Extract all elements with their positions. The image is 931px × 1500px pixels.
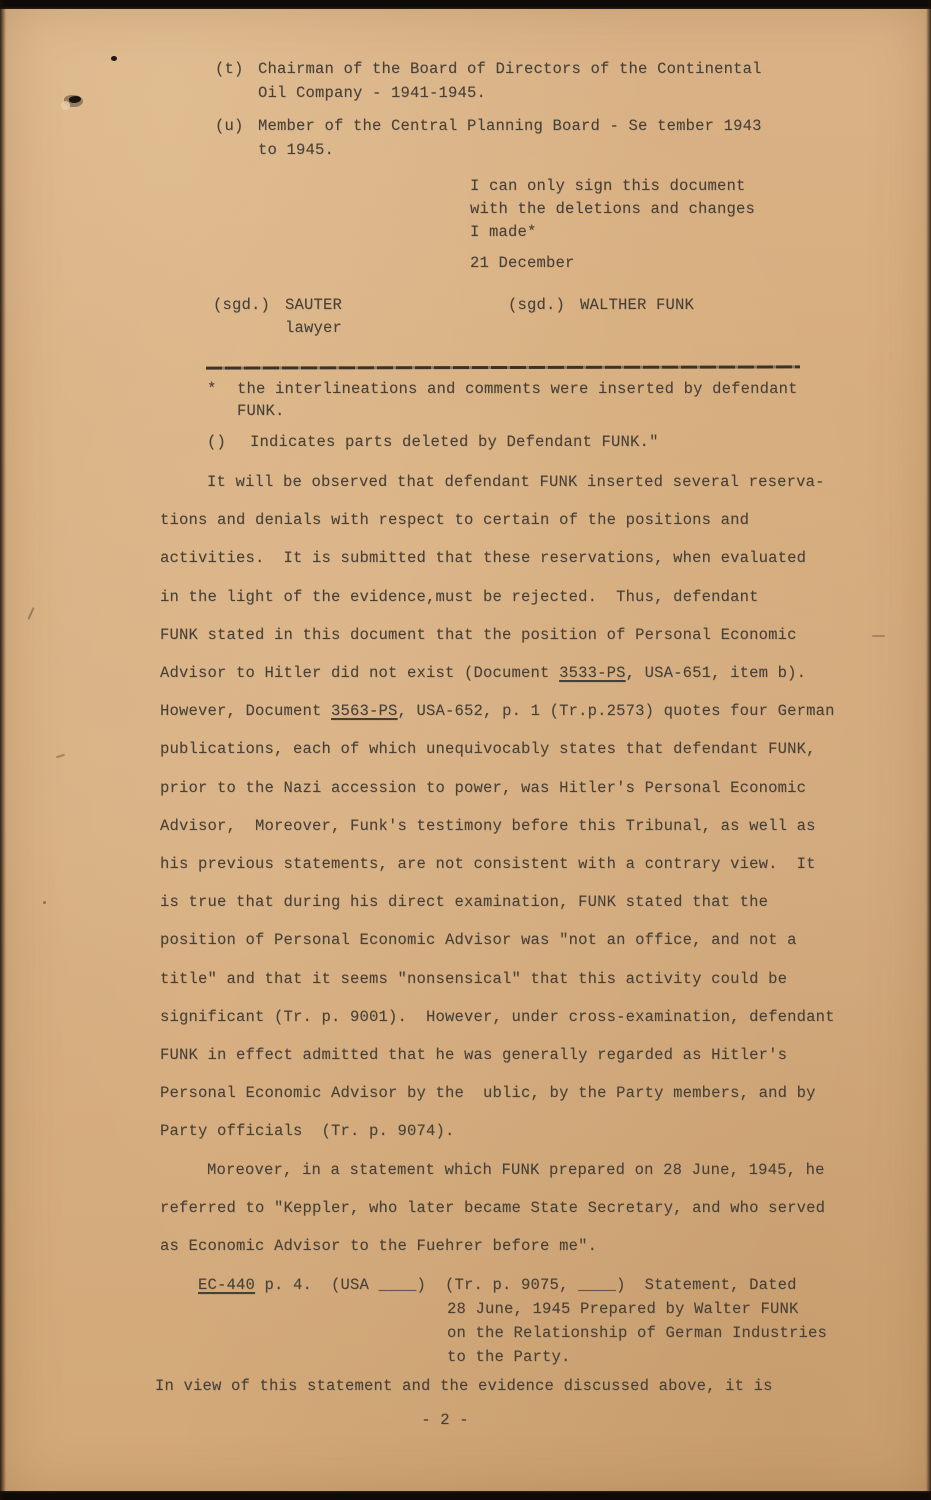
text-line: prior to the Nazi accession to power, wa… xyxy=(160,769,870,807)
text-segment: , USA-652, p. 1 (Tr.p.2573) quotes four … xyxy=(398,702,835,720)
date-line: 21 December xyxy=(470,254,575,272)
text-segment: with the deletions and changes xyxy=(470,200,755,218)
text-segment: referred to "Keppler, who later became S… xyxy=(160,1199,825,1217)
text-segment: FUNK in effect admitted that he was gene… xyxy=(160,1046,787,1064)
text-segment: prior to the Nazi accession to power, wa… xyxy=(160,779,806,797)
text-line: in the light of the evidence,must be rej… xyxy=(160,578,870,616)
paper-fiber-mark xyxy=(56,754,65,759)
text-segment: to the Party. xyxy=(447,1348,571,1366)
underlined-text: 3533-PS xyxy=(559,664,626,682)
text-segment: Party officials (Tr. p. 9074). xyxy=(160,1122,455,1140)
page-number: - 2 - xyxy=(205,1411,685,1429)
text-segment: on the Relationship of German Industries xyxy=(447,1324,827,1342)
text-segment: I can only sign this document xyxy=(470,177,746,195)
ink-blob-hole xyxy=(61,101,70,110)
signature-name-left: SAUTER xyxy=(285,296,342,314)
text-segment: Advisor, Moreover, Funk's testimony befo… xyxy=(160,817,816,835)
text-line: FUNK in effect admitted that he was gene… xyxy=(160,1036,870,1074)
text-segment: Oil Company - 1941-1945. xyxy=(258,84,486,102)
text-line: Chairman of the Board of Directors of th… xyxy=(258,57,762,81)
text-line: Oil Company - 1941-1945. xyxy=(258,81,762,105)
text-segment: as Economic Advisor to the Fuehrer befor… xyxy=(160,1237,597,1255)
text-segment: FUNK. xyxy=(237,402,285,420)
text-line: the interlineations and comments were in… xyxy=(237,378,798,400)
citation-block: EC-440 p. 4. (USA ____) (Tr. p. 9075, __… xyxy=(198,1273,827,1369)
page-edge-left xyxy=(0,0,6,1500)
text-line: as Economic Advisor to the Fuehrer befor… xyxy=(160,1227,870,1265)
text-line: title" and that it seems "nonsensical" t… xyxy=(160,960,870,998)
footnote-marker: () xyxy=(207,431,250,453)
list-item-text: Member of the Central Planning Board - S… xyxy=(258,114,762,162)
text-line: tions and denials with respect to certai… xyxy=(160,501,870,539)
text-segment: tions and denials with respect to certai… xyxy=(160,511,749,529)
film-border-top xyxy=(0,0,931,9)
text-segment: activities. It is submitted that these r… xyxy=(160,549,806,567)
text-segment: Chairman of the Board of Directors of th… xyxy=(258,60,762,78)
text-line: to the Party. xyxy=(198,1345,827,1369)
text-line: However, Document 3563-PS, USA-652, p. 1… xyxy=(160,692,870,730)
underlined-text: 3563-PS xyxy=(331,702,398,720)
text-line: I made* xyxy=(470,221,755,244)
list-marker: (t) xyxy=(215,57,258,105)
text-line: FUNK stated in this document that the po… xyxy=(160,616,870,654)
signed-label-left: (sgd.) xyxy=(213,296,270,314)
text-line: Party officials (Tr. p. 9074). xyxy=(160,1112,870,1150)
text-line: FUNK. xyxy=(237,400,798,422)
text-line: Personal Economic Advisor by the ublic, … xyxy=(160,1074,870,1112)
text-line: Moreover, in a statement which FUNK prep… xyxy=(160,1151,870,1189)
citation-first-line: EC-440 p. 4. (USA ____) (Tr. p. 9075, __… xyxy=(198,1273,827,1297)
film-border-bottom xyxy=(0,1491,931,1500)
footnote-text: the interlineations and comments were in… xyxy=(237,378,798,422)
text-segment: significant (Tr. p. 9001). However, unde… xyxy=(160,1008,835,1026)
text-line: Member of the Central Planning Board - S… xyxy=(258,114,762,138)
signature-title-left: lawyer xyxy=(285,319,342,337)
list-item-text: Chairman of the Board of Directors of th… xyxy=(258,57,762,105)
list-item-u: (u) Member of the Central Planning Board… xyxy=(215,114,762,162)
text-line: It will be observed that defendant FUNK … xyxy=(160,463,870,501)
text-segment: I made* xyxy=(470,223,537,241)
text-line: I can only sign this document xyxy=(470,175,755,198)
text-line: significant (Tr. p. 9001). However, unde… xyxy=(160,998,870,1036)
text-segment: , USA-651, item b). xyxy=(626,664,807,682)
text-line: 28 June, 1945 Prepared by Walter FUNK xyxy=(198,1297,827,1321)
text-line: on the Relationship of German Industries xyxy=(198,1321,827,1345)
text-line: referred to "Keppler, who later became S… xyxy=(160,1189,870,1227)
text-segment: p. 4. (USA ____) (Tr. p. 9075, ____) Sta… xyxy=(255,1276,797,1294)
text-segment: FUNK stated in this document that the po… xyxy=(160,626,797,644)
page-edge-right xyxy=(926,0,931,1500)
footnote-asterisk: * the interlineations and comments were … xyxy=(207,378,798,422)
paper-speck-mark xyxy=(43,901,46,904)
citation-continuation: 28 June, 1945 Prepared by Walter FUNKon … xyxy=(198,1297,827,1369)
body-text: It will be observed that defendant FUNK … xyxy=(160,463,870,1265)
text-line: with the deletions and changes xyxy=(470,198,755,221)
text-segment: is true that during his direct examinati… xyxy=(160,893,768,911)
text-line: position of Personal Economic Advisor wa… xyxy=(160,921,870,959)
signing-reservation-note: I can only sign this documentwith the de… xyxy=(470,175,755,244)
text-segment: Advisor to Hitler did not exist (Documen… xyxy=(160,664,559,682)
text-segment: his previous statements, are not consist… xyxy=(160,855,816,873)
text-segment: It will be observed that defendant FUNK … xyxy=(207,473,825,491)
text-line: EC-440 p. 4. (USA ____) (Tr. p. 9075, __… xyxy=(198,1273,827,1297)
list-item-t: (t) Chairman of the Board of Directors o… xyxy=(215,57,762,105)
text-segment: Member of the Central Planning Board - S… xyxy=(258,117,762,135)
text-line: activities. It is submitted that these r… xyxy=(160,539,870,577)
pencil-dash-mark xyxy=(872,635,885,637)
text-segment: Moreover, in a statement which FUNK prep… xyxy=(207,1161,825,1179)
footnote-divider-rule xyxy=(206,365,800,369)
closing-line: In view of this statement and the eviden… xyxy=(155,1377,773,1395)
list-marker: (u) xyxy=(215,114,258,162)
text-line: Advisor to Hitler did not exist (Documen… xyxy=(160,654,870,692)
text-line: Indicates parts deleted by Defendant FUN… xyxy=(250,431,659,453)
underlined-text: EC-440 xyxy=(198,1276,255,1294)
text-segment: in the light of the evidence,must be rej… xyxy=(160,588,759,606)
ink-dot-mark xyxy=(111,56,117,61)
signed-label-right: (sgd.) xyxy=(508,296,565,314)
pencil-slash-mark xyxy=(27,607,34,620)
footnote-text: Indicates parts deleted by Defendant FUN… xyxy=(250,431,659,453)
ink-blob-core xyxy=(68,95,81,104)
text-segment: Indicates parts deleted by Defendant FUN… xyxy=(250,433,659,451)
text-line: his previous statements, are not consist… xyxy=(160,845,870,883)
text-segment: position of Personal Economic Advisor wa… xyxy=(160,931,797,949)
ink-blob-mark xyxy=(64,95,83,107)
footnote-marker: * xyxy=(207,378,237,422)
text-segment: to 1945. xyxy=(258,141,334,159)
text-segment: 28 June, 1945 Prepared by Walter FUNK xyxy=(447,1300,799,1318)
text-segment: title" and that it seems "nonsensical" t… xyxy=(160,970,787,988)
text-line: is true that during his direct examinati… xyxy=(160,883,870,921)
text-segment: the interlineations and comments were in… xyxy=(237,380,798,398)
text-line: Advisor, Moreover, Funk's testimony befo… xyxy=(160,807,870,845)
text-segment: Personal Economic Advisor by the ublic, … xyxy=(160,1084,816,1102)
text-line: publications, each of which unequivocabl… xyxy=(160,730,870,768)
document-page: (t) Chairman of the Board of Directors o… xyxy=(0,0,931,1500)
text-segment: publications, each of which unequivocabl… xyxy=(160,740,816,758)
footnote-parentheses: () Indicates parts deleted by Defendant … xyxy=(207,431,659,453)
text-line: to 1945. xyxy=(258,138,762,162)
text-segment: However, Document xyxy=(160,702,331,720)
signature-name-right: WALTHER FUNK xyxy=(580,296,694,314)
